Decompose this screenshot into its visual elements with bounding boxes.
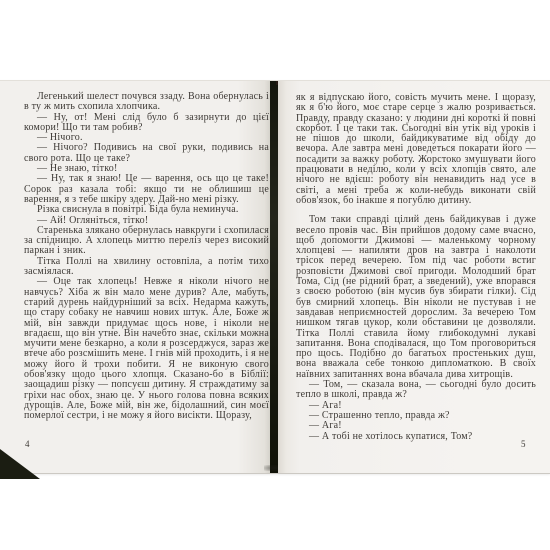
- book-photo: Легенький шелест почувся ззаду. Вона обе…: [0, 80, 550, 474]
- paragraph: — Ну, так я знаю! Це — варення, ось що ц…: [24, 174, 269, 205]
- paragraph: — Оце так хлопець! Невже я ніколи нічого…: [24, 277, 269, 421]
- paragraph: Старенька злякано обернулась навкруги і …: [24, 226, 269, 257]
- paragraph: — Нічого? Подивись на свої руки, подивис…: [24, 143, 269, 164]
- paragraph: як я відпускаю його, совість мучить мене…: [296, 93, 536, 206]
- paragraph: Тітка Поллі на хвилину остовпіла, а поті…: [24, 257, 269, 278]
- paragraph: Том таки справді цілий день байдикував і…: [296, 215, 536, 380]
- right-page-text: як я відпускаю його, совість мучить мене…: [296, 93, 536, 442]
- paragraph: — А тобі не хотілось купатися, Том?: [296, 432, 536, 442]
- left-page-number: 4: [25, 439, 30, 449]
- right-page-number: 5: [521, 439, 526, 449]
- left-page: Легенький шелест почувся ззаду. Вона обе…: [0, 81, 270, 473]
- book-gutter-shadow: [270, 81, 278, 473]
- left-page-text: Легенький шелест почувся ззаду. Вона обе…: [24, 92, 269, 422]
- paragraph: — Ага!: [296, 421, 536, 431]
- right-page: як я відпускаю його, совість мучить мене…: [278, 81, 550, 473]
- screenshot-root: Легенький шелест почувся ззаду. Вона обе…: [0, 0, 550, 550]
- paragraph: Легенький шелест почувся ззаду. Вона обе…: [24, 92, 269, 113]
- paragraph: — Ну, от! Мені слід було б зазирнути до …: [24, 113, 269, 134]
- paragraph: — Том, — сказала вона, — сьогодні було д…: [296, 380, 536, 401]
